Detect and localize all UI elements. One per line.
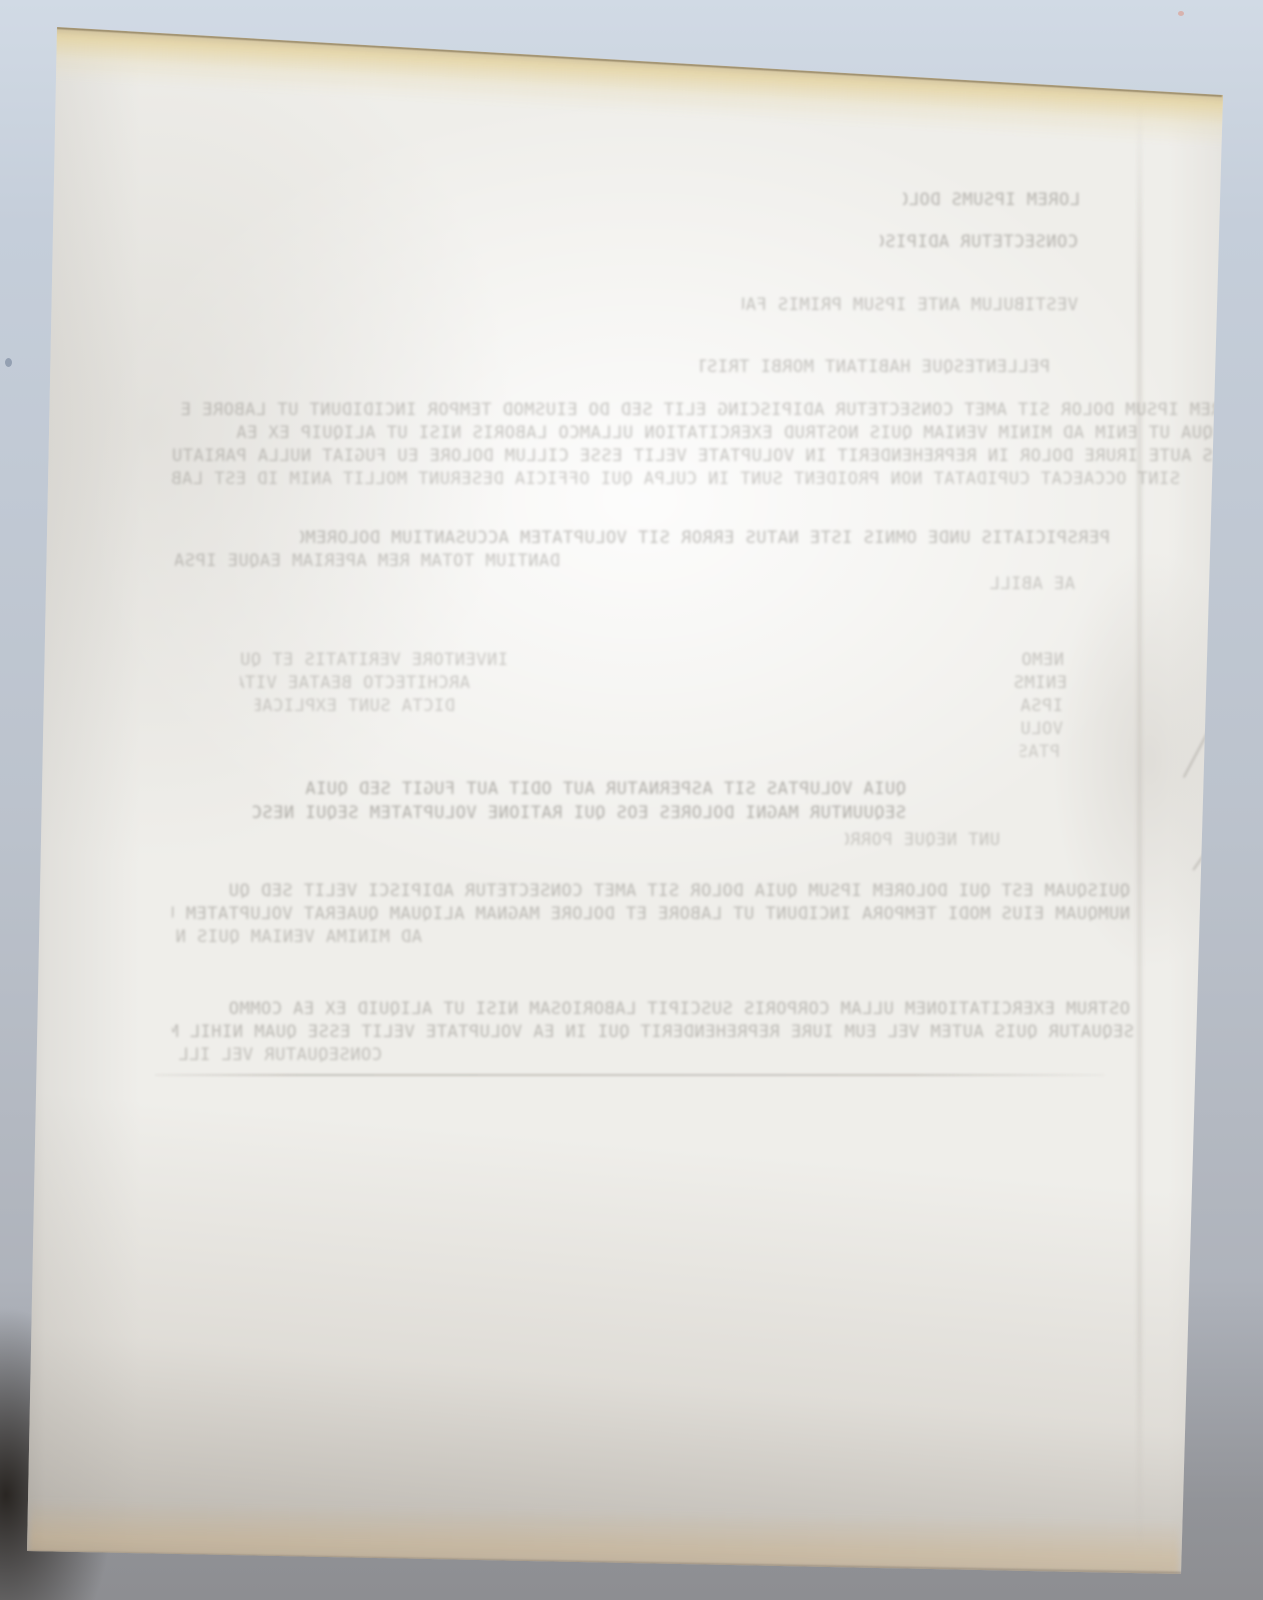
bleedthrough-line: LOREM IPSUM DOLOR SIT AMET CONSECTETUR A…	[180, 400, 1243, 421]
photo-background: LOREM IPSUMS DOLORCONSECTETUR ADIPISCVES…	[0, 0, 1263, 1600]
bleedthrough-line: QUISQUAM EST QUI DOLOREM IPSUM QUIA DOLO…	[228, 881, 1130, 902]
bleedthrough-line: QUIA VOLUPTAS SIT ASPERNATUR AUT ODIT AU…	[298, 779, 906, 800]
bleedthrough-line: PELLENTESQUE HABITANT MORBI TRISTIQUE	[700, 357, 1050, 378]
bleedthrough-line: VESTIBULUM ANTE IPSUM PRIMIS FAUCI	[742, 295, 1078, 316]
bleedthrough-line: LOREM IPSUMS DOLOR	[903, 190, 1080, 211]
bleedthrough-line: SEQUUNTUR MAGNI DOLORES EOS QUI RATIONE …	[253, 803, 906, 824]
bleedthrough-line: DUIS AUTE IRURE DOLOR IN REPREHENDERIT I…	[172, 446, 1245, 467]
bleedthrough-line: DICTA SUNT EXPLICABO	[255, 696, 455, 717]
bleedthrough-line: NEMO	[1012, 650, 1064, 671]
bleedthrough-line: SEQUATUR QUIS AUTEM VEL EUM IURE REPREHE…	[172, 1022, 1134, 1043]
bleedthrough-line: NUMQUAM EIUS MODI TEMPORA INCIDUNT UT LA…	[172, 904, 1130, 925]
bleedthrough-line: PERSPICIATIS UNDE OMNIS ISTE NATUS ERROR…	[300, 528, 1110, 549]
bleedthrough-line: ARCHITECTO BEATAE VITAE	[240, 673, 470, 694]
dust-speck	[5, 358, 12, 367]
paper-sheet: LOREM IPSUMS DOLORCONSECTETUR ADIPISCVES…	[0, 0, 1263, 1600]
bleedthrough-line: IPSA	[1015, 696, 1063, 717]
bleedthrough-line: CONSEQUATUR VEL ILL	[172, 1045, 382, 1066]
bleedthrough-line: INVENTORE VERITATIS ET QUAS	[240, 650, 508, 671]
bleedthrough-line: AD MINIMA VENIAM QUIS N	[172, 927, 422, 948]
bleedthrough-line: SINT OCCAECAT CUPIDATAT NON PROIDENT SUN…	[172, 469, 1180, 490]
bleedthrough-line: ALIQUA UT ENIM AD MINIM VENIAM QUIS NOST…	[225, 423, 1245, 444]
bleedthrough-line: VOLU	[1018, 719, 1063, 740]
bleedthrough-line: CONSECTETUR ADIPISC	[880, 232, 1078, 253]
bleedthrough-line: AE ABILLO	[990, 574, 1075, 595]
bleedthrough-line: PTAS	[1020, 742, 1060, 763]
bleedthrough-line: ENIMS	[1012, 673, 1067, 694]
bleedthrough-line: DANTIUM TOTAM REM APERIAM EAQUE IPSA QU	[175, 551, 560, 572]
bleedthrough-text: LOREM IPSUMS DOLORCONSECTETUR ADIPISCVES…	[0, 0, 1263, 1600]
bleedthrough-line: OSTRUM EXERCITATIONEM ULLAM CORPORIS SUS…	[228, 999, 1130, 1020]
dust-speck	[1178, 11, 1184, 16]
wrinkle-mark	[1211, 761, 1235, 828]
bleedthrough-line: UNT NEQUE PORRO	[845, 830, 1000, 851]
